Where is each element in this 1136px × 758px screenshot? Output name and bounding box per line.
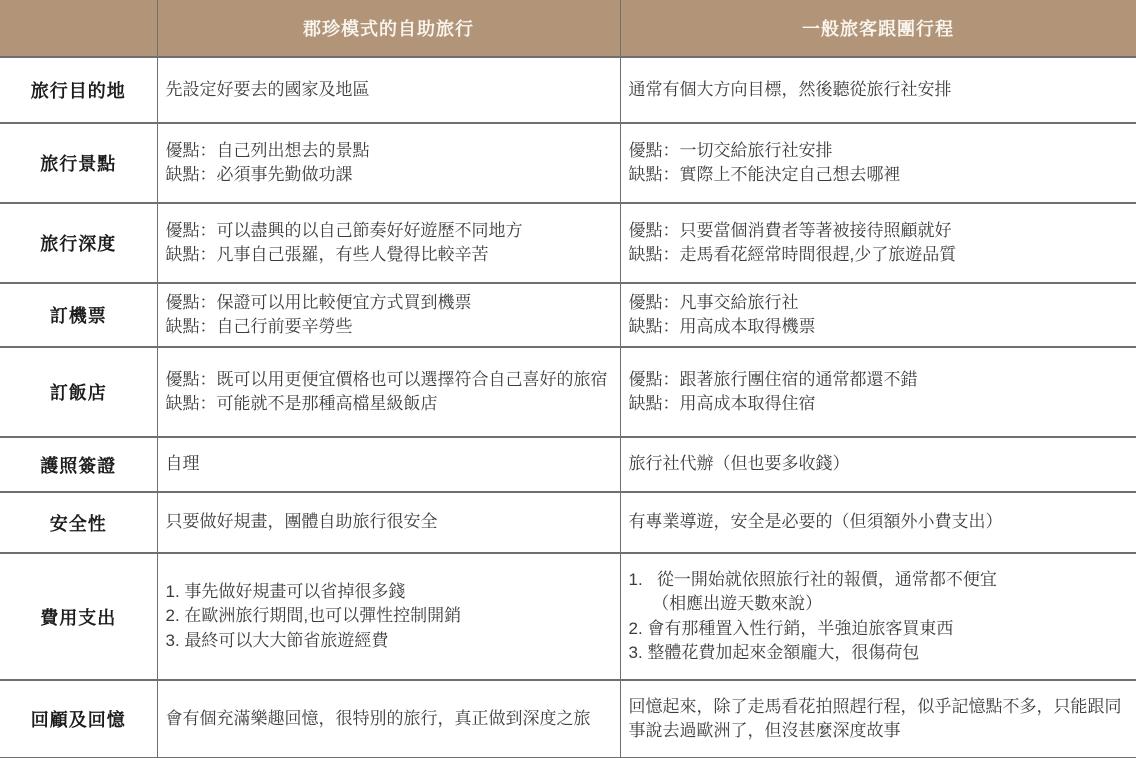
self-guided-cell: 優點：自己列出想去的景點 缺點：必須事先勤做功課	[157, 123, 620, 203]
table-row: 旅行深度 優點：可以盡興的以自己節奏好好遊歷不同地方 缺點：凡事自己張羅，有些人…	[0, 203, 1136, 283]
group-tour-cell: 旅行社代辦（但也要多收錢）	[620, 437, 1136, 492]
row-label: 回顧及回憶	[0, 680, 157, 758]
table-body: 旅行目的地 先設定好要去的國家及地區 通常有個大方向目標，然後聽從旅行社安排 旅…	[0, 57, 1136, 758]
travel-comparison-table: 郡珍模式的自助旅行 一般旅客跟團行程 旅行目的地 先設定好要去的國家及地區 通常…	[0, 0, 1136, 758]
self-guided-cell: 優點：既可以用更便宜價格也可以選擇符合自己喜好的旅宿 缺點：可能就不是那種高檔星…	[157, 347, 620, 437]
group-tour-cell: 優點：跟著旅行團住宿的通常都還不錯 缺點：用高成本取得住宿	[620, 347, 1136, 437]
group-tour-cell: 回憶起來，除了走馬看花拍照趕行程，似乎記憶點不多，只能跟同事說去過歐洲了，但沒甚…	[620, 680, 1136, 758]
table-row: 回顧及回憶 會有個充滿樂趣回憶，很特別的旅行，真正做到深度之旅 回憶起來，除了走…	[0, 680, 1136, 758]
header-group-tour: 一般旅客跟團行程	[620, 0, 1136, 57]
header-self-guided: 郡珍模式的自助旅行	[157, 0, 620, 57]
group-tour-cell: 優點：一切交給旅行社安排 缺點：實際上不能決定自己想去哪裡	[620, 123, 1136, 203]
row-label: 旅行目的地	[0, 57, 157, 123]
header-row: 郡珍模式的自助旅行 一般旅客跟團行程	[0, 0, 1136, 57]
self-guided-cell: 優點：可以盡興的以自己節奏好好遊歷不同地方 缺點：凡事自己張羅，有些人覺得比較辛…	[157, 203, 620, 283]
self-guided-cell: 1. 事先做好規畫可以省掉很多錢 2. 在歐洲旅行期間,也可以彈性控制開銷 3.…	[157, 553, 620, 680]
row-label: 旅行深度	[0, 203, 157, 283]
group-tour-cell: 有專業導遊，安全是必要的（但須額外小費支出）	[620, 492, 1136, 553]
group-tour-cell: 優點：凡事交給旅行社 缺點：用高成本取得機票	[620, 283, 1136, 347]
self-guided-cell: 先設定好要去的國家及地區	[157, 57, 620, 123]
row-label: 訂飯店	[0, 347, 157, 437]
row-label: 護照簽證	[0, 437, 157, 492]
row-label: 費用支出	[0, 553, 157, 680]
group-tour-cell: 優點：只要當個消費者等著被接待照顧就好 缺點：走馬看花經常時間很趕,少了旅遊品質	[620, 203, 1136, 283]
group-tour-cell: 1. 從一開始就依照旅行社的報價，通常都不便宜 （相應出遊天數來說） 2. 會有…	[620, 553, 1136, 680]
row-label: 安全性	[0, 492, 157, 553]
self-guided-cell: 優點：保證可以用比較便宜方式買到機票 缺點：自己行前要辛勞些	[157, 283, 620, 347]
table-row: 護照簽證 自理 旅行社代辦（但也要多收錢）	[0, 437, 1136, 492]
table-row: 費用支出 1. 事先做好規畫可以省掉很多錢 2. 在歐洲旅行期間,也可以彈性控制…	[0, 553, 1136, 680]
row-label: 旅行景點	[0, 123, 157, 203]
header-corner-cell	[0, 0, 157, 57]
table-row: 訂飯店 優點：既可以用更便宜價格也可以選擇符合自己喜好的旅宿 缺點：可能就不是那…	[0, 347, 1136, 437]
table-header: 郡珍模式的自助旅行 一般旅客跟團行程	[0, 0, 1136, 57]
table-row: 訂機票 優點：保證可以用比較便宜方式買到機票 缺點：自己行前要辛勞些 優點：凡事…	[0, 283, 1136, 347]
group-tour-cell: 通常有個大方向目標，然後聽從旅行社安排	[620, 57, 1136, 123]
self-guided-cell: 會有個充滿樂趣回憶，很特別的旅行，真正做到深度之旅	[157, 680, 620, 758]
row-label: 訂機票	[0, 283, 157, 347]
table-row: 旅行目的地 先設定好要去的國家及地區 通常有個大方向目標，然後聽從旅行社安排	[0, 57, 1136, 123]
self-guided-cell: 自理	[157, 437, 620, 492]
table-row: 旅行景點 優點：自己列出想去的景點 缺點：必須事先勤做功課 優點：一切交給旅行社…	[0, 123, 1136, 203]
table-row: 安全性 只要做好規畫，團體自助旅行很安全 有專業導遊，安全是必要的（但須額外小費…	[0, 492, 1136, 553]
self-guided-cell: 只要做好規畫，團體自助旅行很安全	[157, 492, 620, 553]
